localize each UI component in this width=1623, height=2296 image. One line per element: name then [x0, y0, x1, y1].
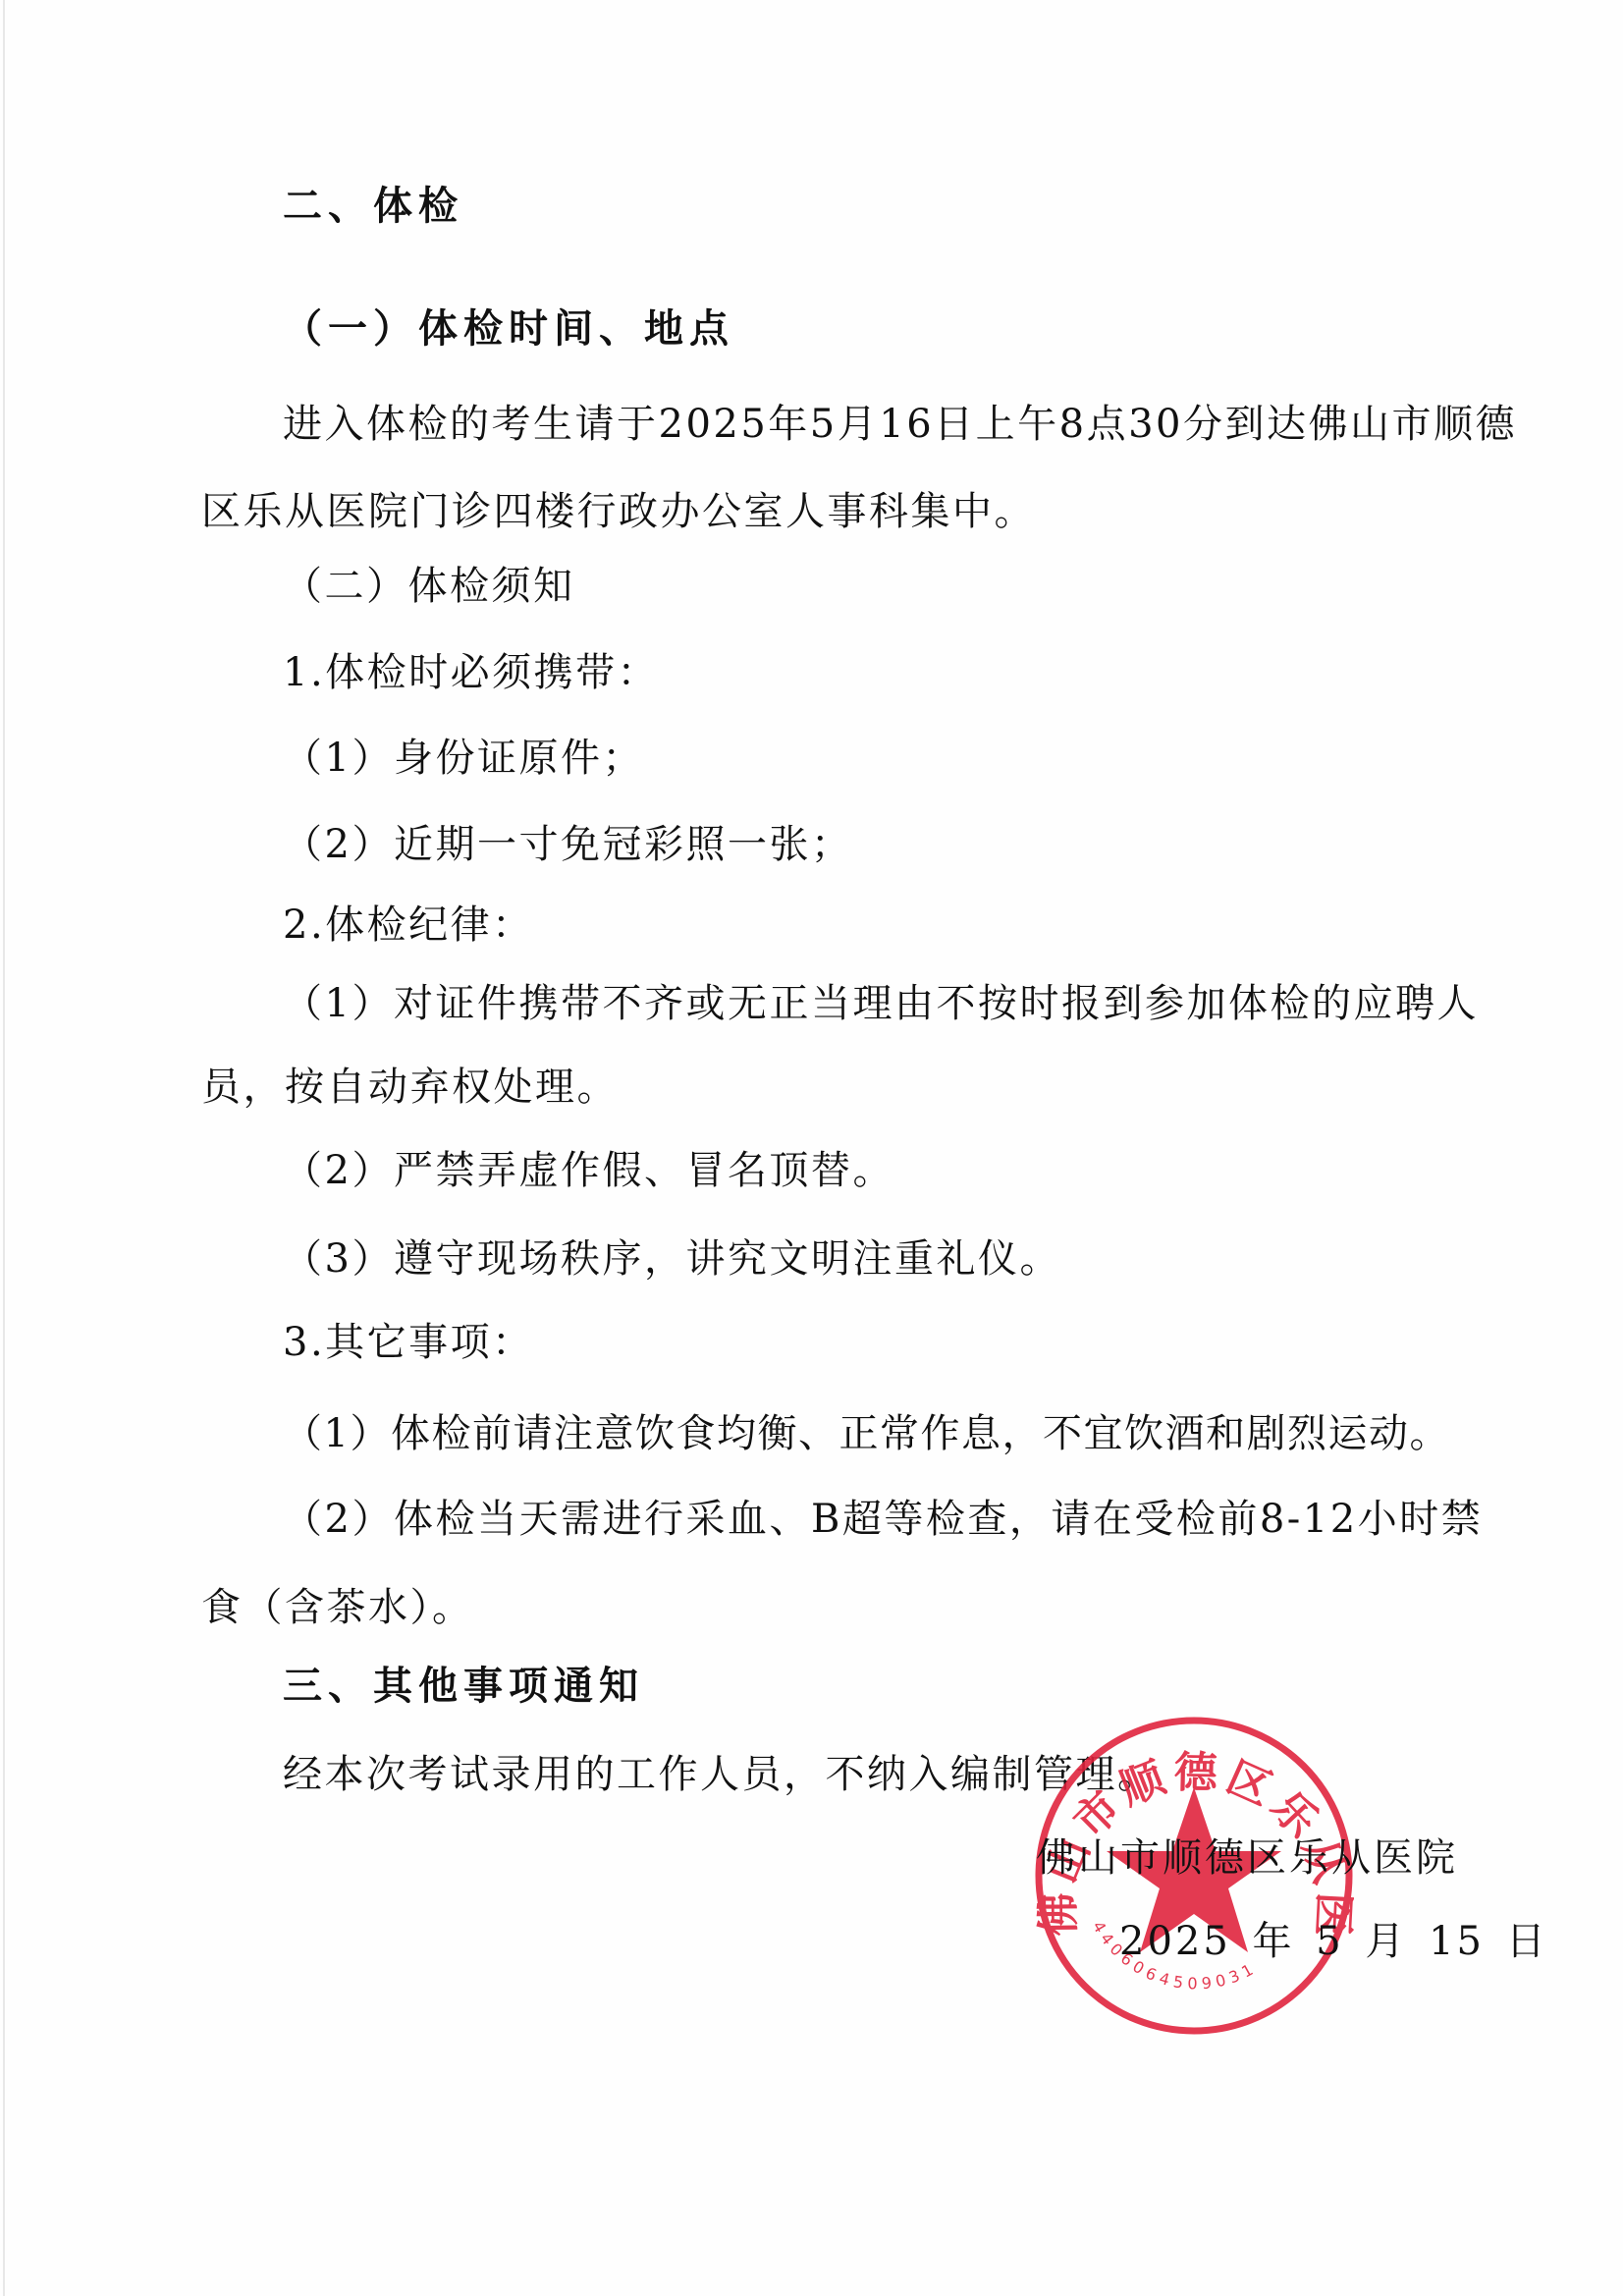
item-1-title: 1.体检时必须携带： — [283, 649, 1525, 696]
subsection-1-title: （一）体检时间、地点 — [283, 305, 1525, 353]
list-item: （1）对证件携带不齐或无正当理由不按时报到参加体检的应聘人 — [283, 980, 1525, 1027]
list-item: （2）严禁弄虚作假、冒名顶替。 — [283, 1147, 1525, 1194]
signature-organization: 佛山市顺德区乐从医院 — [1036, 1834, 1458, 1882]
list-item: （1）体检前请注意饮食均衡、正常作息，不宜饮酒和剧烈运动。 — [283, 1410, 1525, 1457]
item-3-title: 3.其它事项： — [283, 1319, 1525, 1366]
section-3-title: 三、其他事项通知 — [283, 1663, 1525, 1710]
list-item-continuation: 员，按自动弃权处理。 — [201, 1064, 1443, 1111]
subsection-2-title: （二）体检须知 — [283, 563, 1525, 610]
document-page: 二、体检 （一）体检时间、地点 进入体检的考生请于2025年5月16日上午8点3… — [0, 0, 1623, 2296]
list-item: （3）遵守现场秩序，讲究文明注重礼仪。 — [283, 1235, 1525, 1283]
item-2-title: 2.体检纪律： — [283, 902, 1525, 949]
list-item: （2）体检当天需进行采血、B超等检查，请在受检前8-12小时禁 — [283, 1496, 1525, 1543]
list-item: （2）近期一寸免冠彩照一张； — [283, 821, 1525, 868]
paragraph-line: 区乐从医院门诊四楼行政办公室人事科集中。 — [201, 488, 1443, 535]
scan-edge — [3, 0, 5, 2296]
list-item: （1）身份证原件； — [283, 735, 1525, 782]
section-2-title: 二、体检 — [283, 183, 1525, 230]
list-item-continuation: 食（含茶水）。 — [201, 1584, 1443, 1631]
paragraph-line: 进入体检的考生请于2025年5月16日上午8点30分到达佛山市顺德 — [283, 401, 1525, 448]
signature-date: 2025 年 5 月 15 日 — [1119, 1918, 1548, 1965]
